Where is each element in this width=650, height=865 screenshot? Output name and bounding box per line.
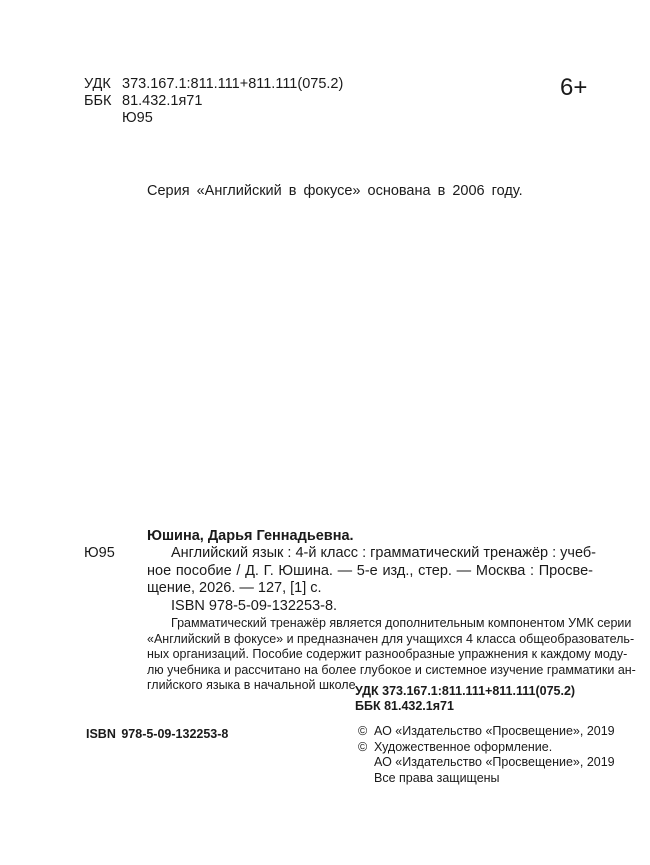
- copyright-icon: ©: [358, 724, 374, 740]
- catalog-udk: УДК 373.167.1:811.111+811.111(075.2): [355, 684, 575, 699]
- description-line: ное пособие / Д. Г. Юшина. — 5-е изд., с…: [147, 563, 593, 581]
- udk-value: 373.167.1:811.111+811.111(075.2): [122, 76, 343, 93]
- description-line: Английский язык : 4-й класс : грамматиче…: [147, 545, 593, 563]
- udk-row: УДК 373.167.1:811.111+811.111(075.2): [84, 76, 343, 93]
- bibliographic-description: Английский язык : 4-й класс : грамматиче…: [147, 545, 593, 598]
- footer-isbn: ISBN 978-5-09-132253-8: [86, 727, 228, 741]
- bbk-value: 81.432.1я71: [122, 93, 202, 110]
- copyright-line: АО «Издательство «Просвещение», 2019: [374, 755, 615, 771]
- udk-label: УДК: [84, 76, 122, 93]
- copyright-block: © АО «Издательство «Просвещение», 2019 ©…: [358, 724, 615, 786]
- rights-reserved: Все права защищены: [374, 771, 500, 787]
- copyright-line: АО «Издательство «Просвещение», 2019: [374, 724, 615, 740]
- copyright-line: Художественное оформление.: [374, 740, 552, 756]
- annotation-line: ных организаций. Пособие содержит разноо…: [147, 647, 593, 663]
- classification-codes: УДК 373.167.1:811.111+811.111(075.2) ББК…: [84, 76, 343, 127]
- age-rating: 6+: [560, 74, 587, 102]
- catalog-isbn: ISBN 978-5-09-132253-8.: [171, 598, 337, 614]
- description-line: щение, 2026. — 127, [1] с.: [147, 580, 593, 598]
- annotation-line: «Английский в фокусе» и предназначен для…: [147, 632, 593, 648]
- catalog-cutter-mark: Ю95: [84, 545, 115, 561]
- cutter-row: Ю95: [84, 110, 343, 127]
- annotation: Грамматический тренажёр является дополни…: [147, 616, 593, 694]
- catalog-bbk: ББК 81.432.1я71: [355, 699, 575, 714]
- cutter-mark: Ю95: [122, 110, 153, 127]
- copyright-icon: ©: [358, 740, 374, 756]
- annotation-line: лю учебника и рассчитано на более глубок…: [147, 663, 593, 679]
- series-note: Серия «Английский в фокусе» основана в 2…: [147, 183, 523, 199]
- bbk-label: ББК: [84, 93, 122, 110]
- bbk-row: ББК 81.432.1я71: [84, 93, 343, 110]
- catalog-classification: УДК 373.167.1:811.111+811.111(075.2) ББК…: [355, 684, 575, 714]
- annotation-line: Грамматический тренажёр является дополни…: [147, 616, 593, 632]
- catalog-author: Юшина, Дарья Геннадьевна.: [147, 528, 354, 544]
